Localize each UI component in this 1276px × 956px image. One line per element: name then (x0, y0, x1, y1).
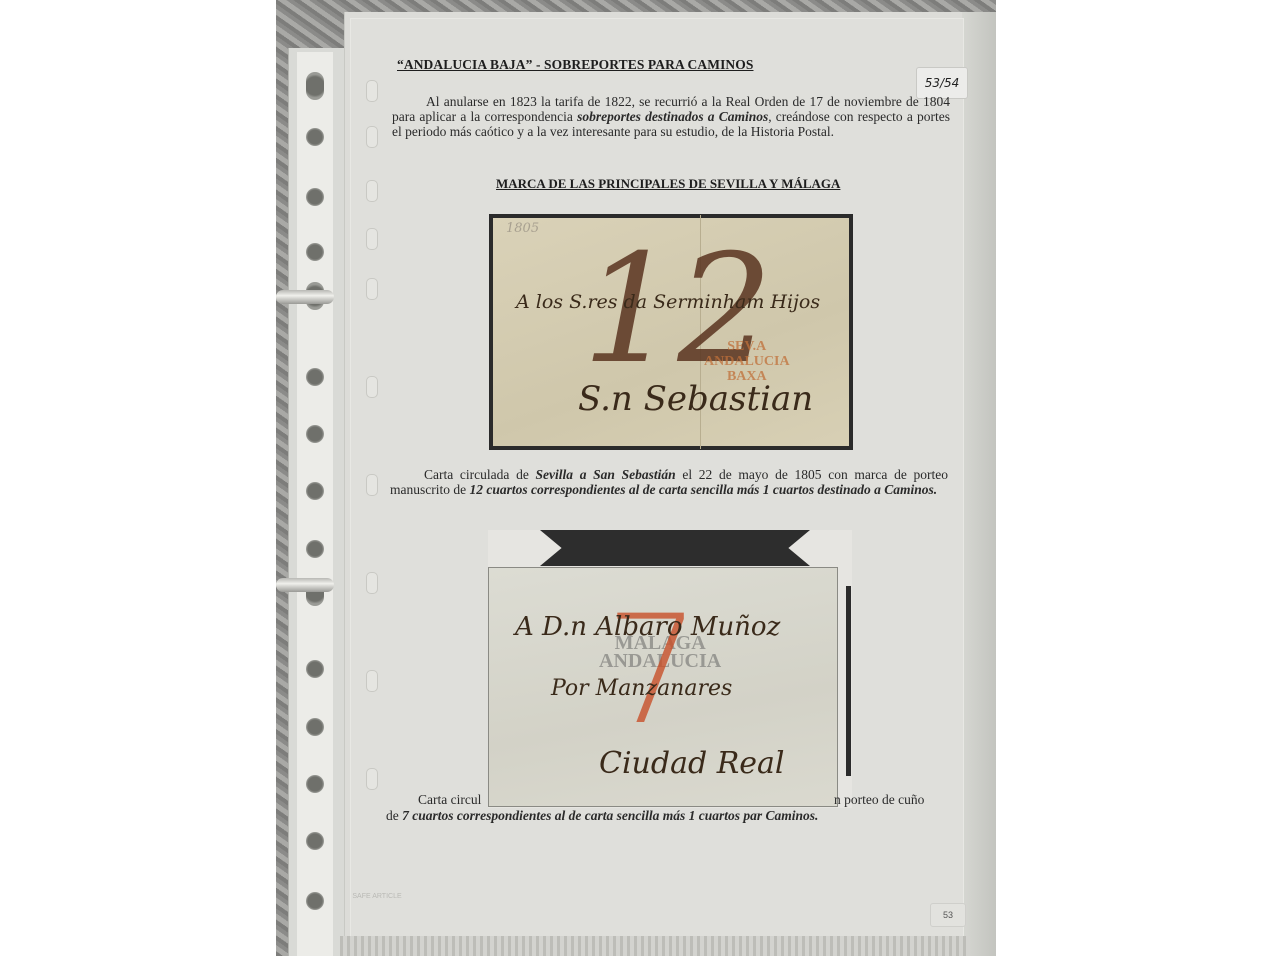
sevilla-andalucia-postmark: SEV.A ANDALUCIA BAXA (704, 339, 790, 384)
sleeve-slot (366, 376, 378, 398)
intro-emphasis: sobreportes destinados a Caminos (577, 109, 768, 124)
sleeve-right-edge (962, 12, 996, 956)
caption-emphasis: Sevilla a San Sebastián (536, 467, 676, 482)
cover-2-caption-end: n porteo de cuño (834, 792, 924, 807)
mount-black-band (540, 530, 810, 566)
caption-emphasis: 7 cuartos correspondientes al de carta s… (402, 808, 818, 823)
punch-hole (306, 368, 324, 386)
page-title: “ANDALUCIA BAJA” - SOBREPORTES PARA CAMI… (397, 57, 754, 73)
postal-cover-malaga: MALAGA ANDALUCIA 7 A D.n Albaro Muñoz Po… (488, 567, 838, 807)
cover-2-caption-line2: de 7 cuartos correspondientes al de cart… (386, 808, 818, 823)
section-subheading: MARCA DE LAS PRINCIPALES DE SEVILLA Y MÁ… (496, 176, 840, 192)
postal-cover-sevilla: 1805 12 A los S.res da Serminham Hijos S… (489, 214, 853, 450)
sleeve-slot (366, 180, 378, 202)
page-number: 53 (930, 903, 966, 927)
punch-hole (306, 540, 324, 558)
sleeve-slot (366, 80, 378, 102)
sleeve-slot (366, 768, 378, 790)
postmark-line: ANDALUCIA (704, 354, 790, 369)
punch-hole (306, 243, 324, 261)
punch-hole (306, 660, 324, 678)
cover-2-caption-start: Carta circul (418, 792, 481, 807)
pencil-date-note: 1805 (506, 221, 539, 236)
caption-text: de (386, 808, 402, 823)
postmark-line: SEV.A (704, 339, 790, 354)
sleeve-slot (366, 670, 378, 692)
punch-hole (306, 128, 324, 146)
caption-emphasis: 12 cuartos correspondientes al de carta … (469, 482, 937, 497)
sleeve-embossed-logo: SAFE ARTICLE (352, 893, 402, 901)
sleeve-slot (366, 126, 378, 148)
sleeve-slot (366, 228, 378, 250)
sleeve-slot (366, 572, 378, 594)
sleeve-slot (366, 474, 378, 496)
punch-hole (306, 72, 324, 100)
sleeve-slot (366, 278, 378, 300)
cover-1-caption: Carta circulada de Sevilla a San Sebasti… (390, 467, 948, 497)
address-line-1: A los S.res da Serminham Hijos (516, 291, 820, 313)
punch-hole (306, 718, 324, 736)
punch-hole (306, 775, 324, 793)
punch-hole (306, 188, 324, 206)
address-line-1: A D.n Albaro Muñoz (515, 612, 780, 642)
mount-black-edge (846, 586, 851, 776)
punch-hole (306, 832, 324, 850)
punch-hole (306, 425, 324, 443)
caption-text: Carta circulada de (424, 467, 536, 482)
address-line-3: Ciudad Real (599, 746, 785, 781)
address-line-2: Por Manzanares (551, 676, 732, 701)
binder-ring (276, 290, 334, 304)
address-line-2: S.n Sebastian (578, 379, 813, 419)
binder-ring (276, 578, 334, 592)
punch-hole (306, 482, 324, 500)
punch-hole (306, 892, 324, 910)
intro-paragraph: Al anularse en 1823 la tarifa de 1822, s… (392, 94, 950, 139)
sleeve-bottom-edge (340, 936, 970, 956)
